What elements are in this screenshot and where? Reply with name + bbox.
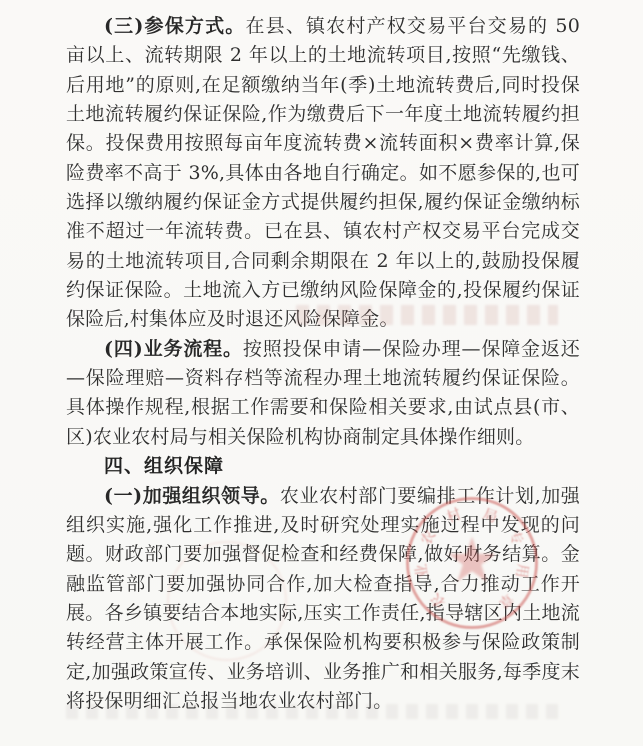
seal-arc-glyph: 专 <box>504 527 526 549</box>
paragraph-lead: (三)参保方式。 <box>104 15 245 37</box>
paragraph-lead: (四)业务流程。 <box>104 338 243 360</box>
official-red-seal: 农 业 农 村 局 专 用 章 ★ <box>406 497 538 629</box>
paragraph-participation-method: (三)参保方式。在县、镇农村产权交易平台交易的 50 亩以上、流转期限 2 年以… <box>66 12 580 335</box>
paragraph-text: 在县、镇农村产权交易平台交易的 50 亩以上、流转期限 2 年以上的土地流转项目… <box>66 15 580 330</box>
scanned-document-page: { "page": { "background": "#f9f8f6", "te… <box>0 0 643 746</box>
faint-seal-ink-transfer <box>167 541 287 661</box>
seal-arc-glyph: 用 <box>512 562 530 580</box>
ink-bleed-mark <box>296 305 558 325</box>
section-heading-organizational-guarantee: 四、组织保障 <box>66 452 580 481</box>
paragraph-lead: (一)加强组织领导。 <box>104 485 280 507</box>
seal-arc-glyph: 业 <box>413 562 431 580</box>
seal-arc-glyph: 农 <box>418 527 440 549</box>
ink-bleed-mark <box>66 704 566 719</box>
section-heading-label: 四、组织保障 <box>104 455 224 477</box>
seal-star-icon: ★ <box>444 524 500 597</box>
paragraph-business-process: (四)业务流程。按照投保申请—保险办理—保障金返还—保险理赔—资料存档等流程办理… <box>66 335 580 452</box>
